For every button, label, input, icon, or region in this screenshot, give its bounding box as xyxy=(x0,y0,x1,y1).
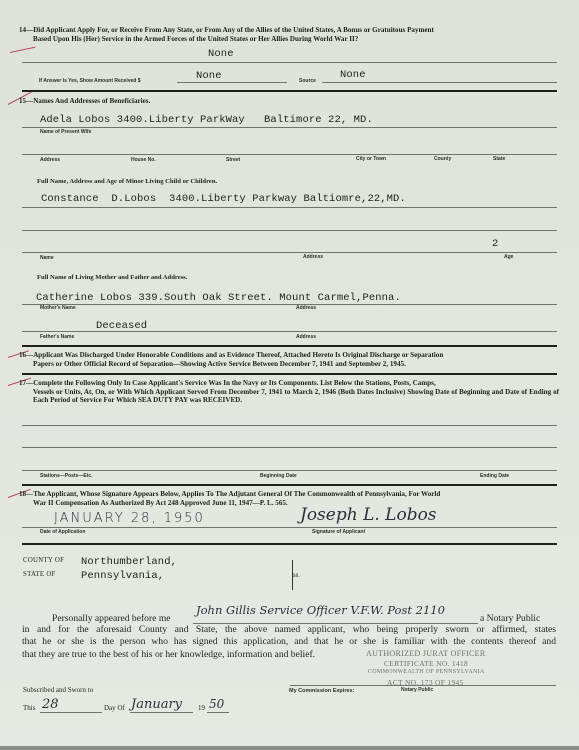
appeared-suffix: a Notary Public xyxy=(480,613,540,624)
jurat-stamp-line-1: AUTHORIZED JURAT OFFICER xyxy=(366,649,486,658)
officer-signature: John Gillis Service Officer V.F.W. Post … xyxy=(196,603,445,617)
state-value: Pennsylvania, xyxy=(81,570,164,582)
question-18-text: —The Applicant, Whose Signature Appears … xyxy=(26,490,440,498)
this-label: This xyxy=(23,704,35,712)
day-of-label: Day Of xyxy=(104,704,125,712)
sea-duty-line-3 xyxy=(22,470,557,471)
child-name-label: Name xyxy=(40,255,54,261)
wife-value: Adela Lobos 3400.Liberty ParkWay Baltimo… xyxy=(40,114,373,126)
q14-amount-label: If Answer Is Yes, Show Amount Received $ xyxy=(39,78,141,84)
section-divider xyxy=(22,543,557,545)
question-16: 16—Applicant Was Discharged Under Honora… xyxy=(19,351,559,368)
county-label: COUNTY OF xyxy=(23,557,64,564)
jurat-stamp-line-3: COMMONWEALTH OF PENNSYLVANIA xyxy=(368,669,485,675)
wife-address-line xyxy=(22,154,557,155)
subscribed-label: Subscribed and Sworn to xyxy=(23,686,93,694)
question-14: 14—Did Applicant Apply For, or Receive F… xyxy=(19,26,559,43)
state-label: State xyxy=(493,156,505,162)
child-line-2 xyxy=(22,230,557,231)
street-label: Street xyxy=(226,157,240,163)
sea-duty-line-1 xyxy=(22,425,557,426)
q14-amount-value: None xyxy=(196,70,222,82)
sworn-day: 28 xyxy=(42,697,59,712)
application-date-label: Date of Application xyxy=(40,529,85,535)
sworn-month: January xyxy=(131,697,182,712)
q14-answer: None xyxy=(208,48,234,60)
q14-source-line xyxy=(322,82,557,83)
wife-label: Name of Present Wife xyxy=(40,129,91,135)
q14-source-label: Source xyxy=(299,78,316,84)
city-label: City or Town xyxy=(356,156,386,162)
section-divider xyxy=(22,90,557,92)
notary-public-label: Notary Public xyxy=(401,687,433,693)
mother-label: Mother's Name xyxy=(40,305,76,311)
q14-amount-line xyxy=(177,82,287,83)
sea-duty-line-2 xyxy=(22,447,557,448)
section-divider xyxy=(22,345,557,347)
address-label: Address xyxy=(40,157,60,163)
child-address-label: Address xyxy=(303,254,323,260)
notary-line xyxy=(290,685,556,686)
sworn-day-line xyxy=(40,712,102,713)
county-value: Northumberland, xyxy=(81,556,177,568)
child-line-1 xyxy=(22,207,557,208)
sworn-year: 50 xyxy=(209,697,224,711)
parents-heading: Full Name of Living Mother and Father an… xyxy=(37,274,187,281)
jurat-line-2: in and for the aforesaid County and Stat… xyxy=(22,625,556,636)
beginning-date-label: Beginning Date xyxy=(260,473,297,479)
question-18-text-cont: War II Compensation As Authorized By Act… xyxy=(19,499,559,508)
section-divider xyxy=(22,373,557,375)
question-18: 18—The Applicant, Whose Signature Appear… xyxy=(19,490,559,507)
child-age-label: Age xyxy=(504,254,513,260)
question-15: 15—Names And Addresses of Beneficiaries. xyxy=(19,97,559,106)
jurat-line-4: that they are true to the best of his or… xyxy=(22,649,315,660)
question-17-text: —Complete the Following Only In Case App… xyxy=(26,379,436,387)
mother-address-label: Address xyxy=(296,305,316,311)
question-14-text: —Did Applicant Apply For, or Receive Fro… xyxy=(26,26,434,34)
sworn-year-line xyxy=(207,712,229,713)
question-17-text-cont: Vessels or Units, At, On, or With Which … xyxy=(19,388,559,405)
county-label: County xyxy=(434,156,451,162)
question-15-text: —Names And Addresses of Beneficiaries. xyxy=(26,97,150,105)
document-page: 14—Did Applicant Apply For, or Receive F… xyxy=(0,0,579,750)
ss-label: ss. xyxy=(293,572,300,579)
application-date: JANUARY 28, 1950 xyxy=(54,511,205,526)
father-line xyxy=(22,331,557,332)
year-prefix: 19 xyxy=(198,704,205,712)
applicant-signature: Joseph L. Lobos xyxy=(300,505,437,525)
house-no-label: House No. xyxy=(131,157,156,163)
mother-value: Catherine Lobos 339.South Oak Street. Mo… xyxy=(36,292,401,304)
question-17: 17—Complete the Following Only In Case A… xyxy=(19,379,559,405)
sworn-month-line xyxy=(130,712,193,713)
q14-source-value: None xyxy=(340,69,366,81)
question-16-text: —Applicant Was Discharged Under Honorabl… xyxy=(26,351,443,359)
application-date-line xyxy=(22,527,557,528)
appeared-prefix: Personally appeared before me xyxy=(52,613,171,624)
state-label: STATE OF xyxy=(23,571,56,578)
jurat-stamp-line-2: CERTIFICATE NO. 1418 xyxy=(384,659,468,668)
child-heading: Full Name, Address and Age of Minor Livi… xyxy=(37,178,217,185)
wife-line xyxy=(22,127,557,128)
signature-label: Signature of Applicant xyxy=(312,529,365,535)
question-14-text-cont: Based Upon His (Her) Service in the Arme… xyxy=(19,35,559,44)
child-value: Constance D.Lobos 3400.Liberty Parkway B… xyxy=(41,193,406,205)
jurat-line-3: that he or she is the person who has sig… xyxy=(22,637,556,648)
father-label: Father's Name xyxy=(40,334,74,340)
stations-label: Stations—Posts—Etc. xyxy=(40,473,93,479)
father-address-label: Address xyxy=(296,334,316,340)
q14-answer-line xyxy=(22,62,557,63)
commission-expires-label: My Commission Expires: xyxy=(289,688,354,694)
question-16-text-cont: Papers or Other Official Record of Separ… xyxy=(19,360,559,369)
ending-date-label: Ending Date xyxy=(480,473,509,479)
mother-line xyxy=(22,304,557,305)
section-divider xyxy=(22,484,557,486)
red-check-mark xyxy=(10,47,36,53)
child-age: 2 xyxy=(492,238,498,250)
child-line-3 xyxy=(22,252,557,253)
page-bottom-edge xyxy=(0,746,579,750)
